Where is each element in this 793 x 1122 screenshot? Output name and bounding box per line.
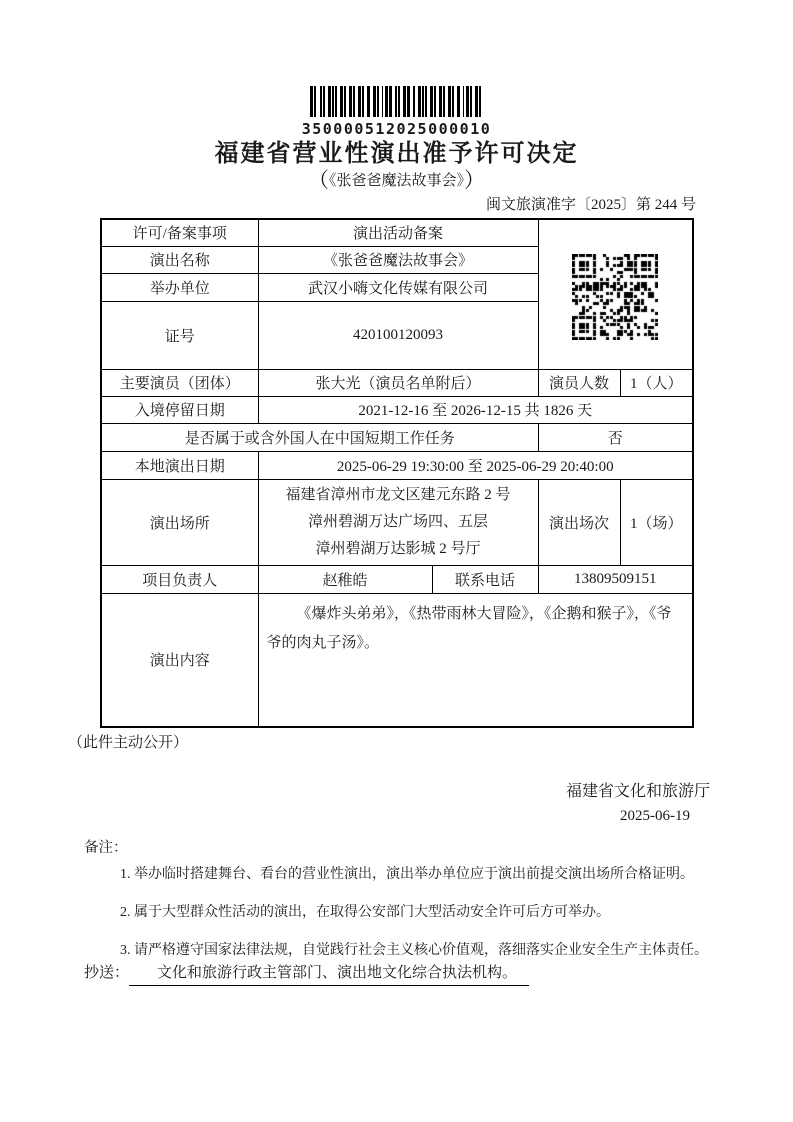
notes-label: 备注： [84, 836, 128, 857]
field-value-organizer: 武汉小嗨文化传媒有限公司 [258, 273, 538, 301]
venue-line: 漳州碧湖万达影城 2 号厅 [262, 536, 535, 563]
field-label-phone: 联系电话 [432, 565, 538, 593]
table-row: 项目负责人 赵稚皓 联系电话 13809509151 [101, 565, 693, 593]
note-item: 2. 属于大型群众性活动的演出，在取得公安部门大型活动安全许可后方可举办。 [120, 894, 757, 932]
doc-title: 福建省营业性演出准予许可决定 [0, 133, 793, 168]
field-value-actor-count: 1（人） [620, 369, 693, 396]
subtitle-paren-close-icon: ） [464, 168, 485, 192]
document-page: 350000512025000010 福建省营业性演出准予许可决定 （《张爸爸魔… [0, 0, 793, 1122]
issue-date: 2025-06-19 [620, 808, 690, 825]
field-label-main-actors: 主要演员（团体） [101, 369, 258, 396]
table-row: 入境停留日期 2021-12-16 至 2026-12-15 共 1826 天 [101, 396, 693, 423]
field-label-foreign-work: 是否属于或含外国人在中国短期工作任务 [101, 423, 538, 451]
field-label-sessions: 演出场次 [538, 479, 620, 565]
field-value-manager: 赵稚皓 [258, 565, 432, 593]
barcode-icon [310, 86, 484, 117]
field-label-manager: 项目负责人 [101, 565, 258, 593]
field-value-show-date: 2025-06-29 19:30:00 至 2025-06-29 20:40:0… [258, 451, 693, 479]
notes-list: 1. 举办临时搭建舞台、看台的营业性演出，演出举办单位应于演出前提交演出场所合格… [120, 856, 757, 970]
table-row: 主要演员（团体） 张大光（演员名单附后） 演员人数 1（人） [101, 369, 693, 396]
field-value-venue: 福建省漳州市龙文区建元东路 2 号 漳州碧湖万达广场四、五层 漳州碧湖万达影城 … [258, 479, 538, 565]
issuing-agency: 福建省文化和旅游厅 [566, 778, 710, 801]
field-label-item: 许可/备案事项 [101, 219, 258, 246]
table-row: 是否属于或含外国人在中国短期工作任务 否 [101, 423, 693, 451]
field-label-cert-number: 证号 [101, 301, 258, 369]
field-value-sessions: 1（场） [620, 479, 693, 565]
table-row: 许可/备案事项 演出活动备案 [101, 219, 693, 246]
doc-number: 闽文旅演准字〔2025〕第 244 号 [100, 193, 696, 214]
field-label-stay-dates: 入境停留日期 [101, 396, 258, 423]
cc-line: 抄送：文化和旅游行政主管部门、演出地文化综合执法机构。 [84, 961, 529, 986]
public-disclosure-note: （此件主动公开） [68, 731, 188, 752]
field-value-content: 《爆炸头弟弟》，《热带雨林大冒险》，《企鹅和猴子》，《爷爷的肉丸子汤》。 [258, 593, 693, 727]
permit-table: 许可/备案事项 演出活动备案 演出名称 《张爸爸魔法故事会》 举办单位 武汉小嗨… [100, 218, 694, 728]
field-value-show-name: 《张爸爸魔法故事会》 [258, 246, 538, 273]
field-label-organizer: 举办单位 [101, 273, 258, 301]
qr-cell [538, 219, 693, 369]
field-value-foreign-work: 否 [538, 423, 693, 451]
field-label-show-date: 本地演出日期 [101, 451, 258, 479]
venue-line: 漳州碧湖万达广场四、五层 [262, 509, 535, 536]
cc-value: 文化和旅游行政主管部门、演出地文化综合执法机构。 [129, 961, 529, 986]
field-value-phone: 13809509151 [538, 565, 693, 593]
cc-label: 抄送： [84, 965, 129, 981]
field-value-stay-dates: 2021-12-16 至 2026-12-15 共 1826 天 [258, 396, 693, 423]
field-label-content: 演出内容 [101, 593, 258, 727]
field-value-item: 演出活动备案 [258, 219, 538, 246]
venue-line: 福建省漳州市龙文区建元东路 2 号 [262, 482, 535, 509]
field-label-actor-count: 演员人数 [538, 369, 620, 396]
doc-subtitle: （《张爸爸魔法故事会》） [0, 164, 793, 194]
note-item: 1. 举办临时搭建舞台、看台的营业性演出，演出举办单位应于演出前提交演出场所合格… [120, 856, 757, 894]
subtitle-paren-open-icon: （ [308, 168, 329, 192]
field-label-venue: 演出场所 [101, 479, 258, 565]
field-label-show-name: 演出名称 [101, 246, 258, 273]
subtitle-show-name: 《张爸爸魔法故事会》 [329, 173, 464, 189]
table-row: 本地演出日期 2025-06-29 19:30:00 至 2025-06-29 … [101, 451, 693, 479]
field-value-main-actors: 张大光（演员名单附后） [258, 369, 538, 396]
table-row: 演出内容 《爆炸头弟弟》，《热带雨林大冒险》，《企鹅和猴子》，《爷爷的肉丸子汤》… [101, 593, 693, 727]
field-value-cert-number: 420100120093 [258, 301, 538, 369]
qr-code-icon [572, 254, 658, 340]
barcode-block: 350000512025000010 [0, 86, 793, 137]
table-row: 演出场所 福建省漳州市龙文区建元东路 2 号 漳州碧湖万达广场四、五层 漳州碧湖… [101, 479, 693, 565]
